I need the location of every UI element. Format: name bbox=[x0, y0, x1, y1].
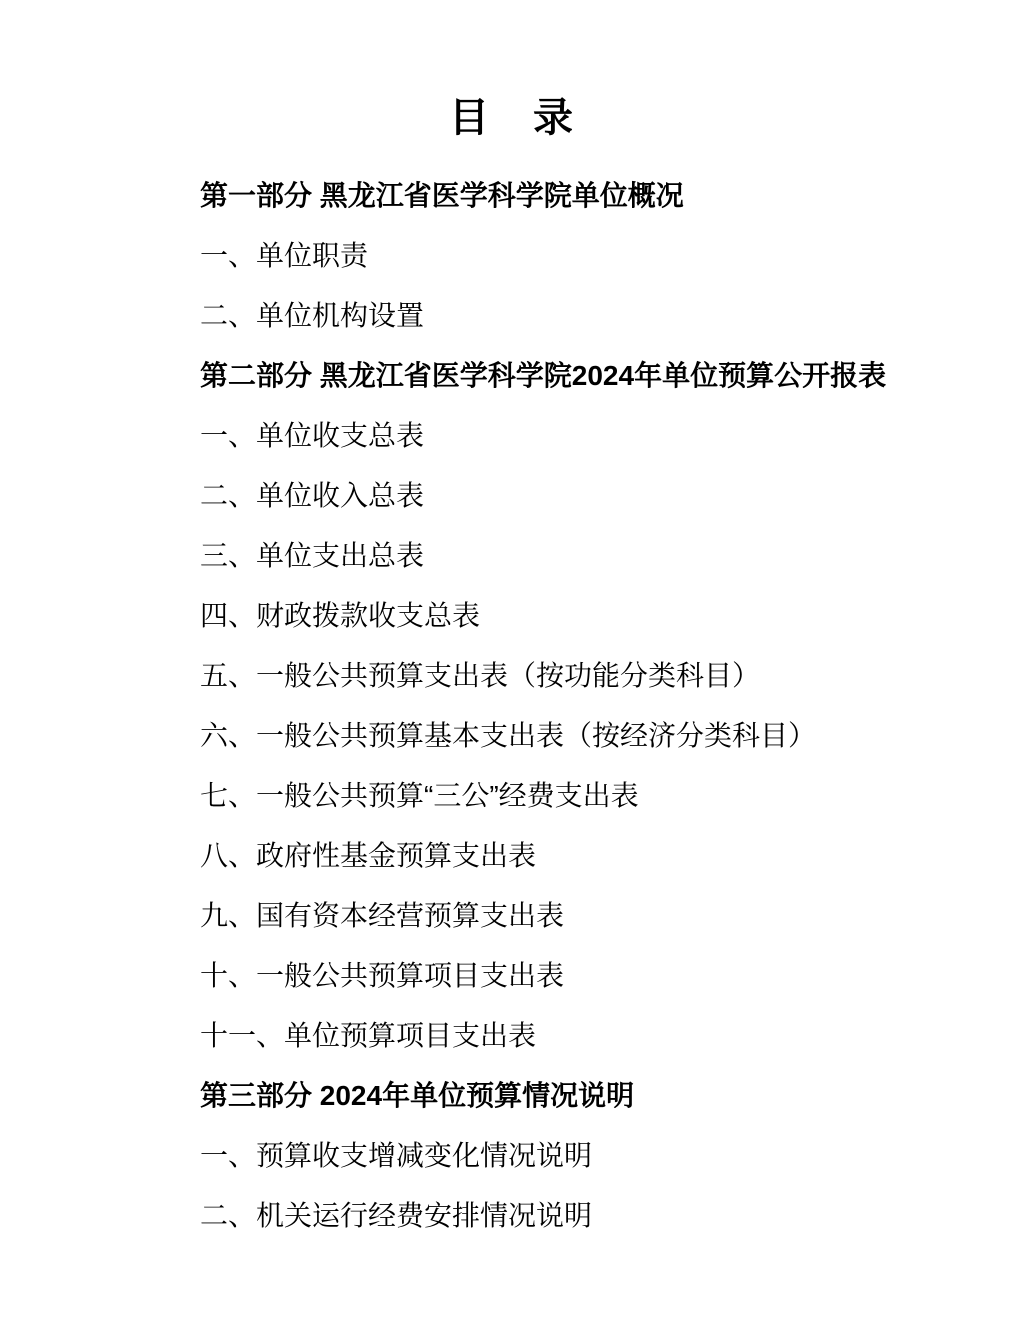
toc-entry: 六、一般公共预算基本支出表（按经济分类科目） bbox=[200, 706, 944, 766]
toc-title: 目 录 bbox=[0, 0, 1024, 142]
toc-entry: 十、一般公共预算项目支出表 bbox=[200, 946, 944, 1006]
toc-entry: 三、单位支出总表 bbox=[200, 526, 944, 586]
toc-entry: 二、单位收入总表 bbox=[200, 466, 944, 526]
toc-section-heading: 第二部分 黑龙江省医学科学院2024年单位预算公开报表 bbox=[200, 346, 944, 406]
toc-section-heading: 第三部分 2024年单位预算情况说明 bbox=[200, 1066, 944, 1126]
toc-section-heading: 第一部分 黑龙江省医学科学院单位概况 bbox=[200, 166, 944, 226]
toc-entry: 一、单位收支总表 bbox=[200, 406, 944, 466]
toc-entry: 二、单位机构设置 bbox=[200, 286, 944, 346]
toc-entry: 二、机关运行经费安排情况说明 bbox=[200, 1186, 944, 1246]
toc-entry: 五、一般公共预算支出表（按功能分类科目） bbox=[200, 646, 944, 706]
table-of-contents: 第一部分 黑龙江省医学科学院单位概况 一、单位职责 二、单位机构设置 第二部分 … bbox=[200, 166, 944, 1246]
toc-entry: 一、预算收支增减变化情况说明 bbox=[200, 1126, 944, 1186]
toc-entry: 四、财政拨款收支总表 bbox=[200, 586, 944, 646]
toc-entry: 九、国有资本经营预算支出表 bbox=[200, 886, 944, 946]
toc-entry: 八、政府性基金预算支出表 bbox=[200, 826, 944, 886]
toc-entry: 七、一般公共预算“三公”经费支出表 bbox=[200, 766, 944, 826]
toc-entry: 十一、单位预算项目支出表 bbox=[200, 1006, 944, 1066]
toc-entry: 一、单位职责 bbox=[200, 226, 944, 286]
document-page: 目 录 第一部分 黑龙江省医学科学院单位概况 一、单位职责 二、单位机构设置 第… bbox=[0, 0, 1024, 1325]
